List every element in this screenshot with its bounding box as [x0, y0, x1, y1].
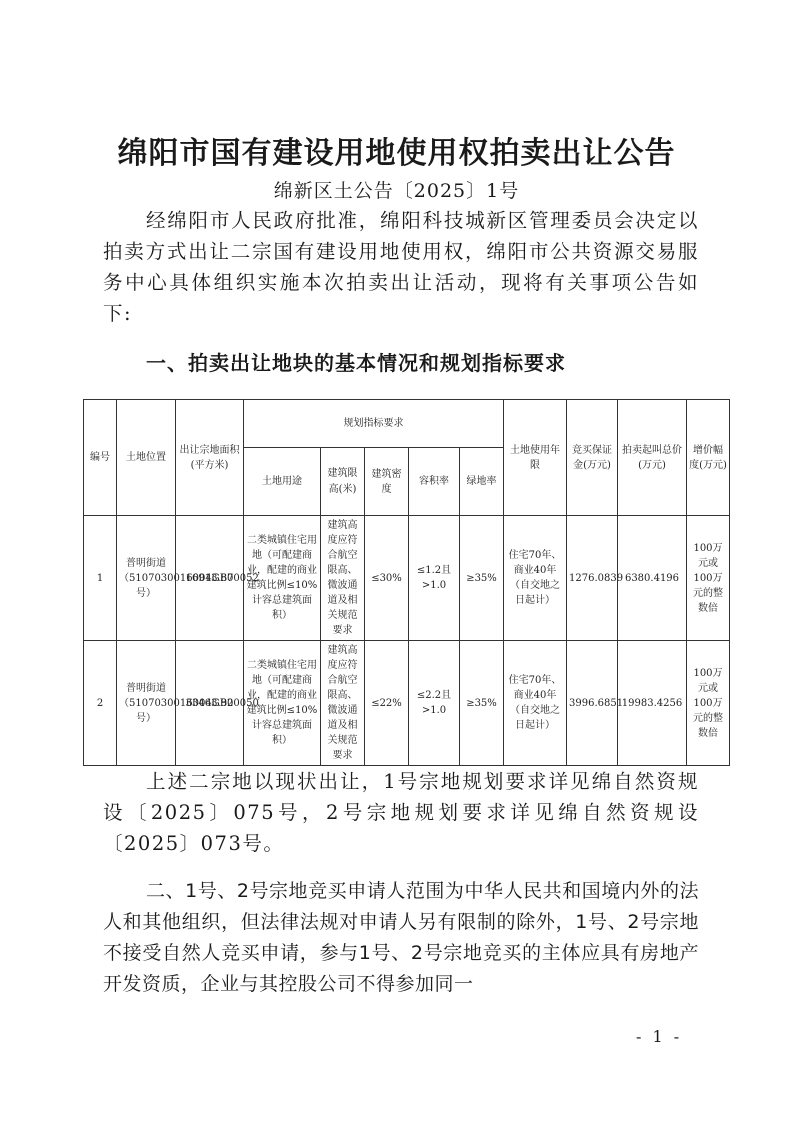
intro-paragraph: 经绵阳市人民政府批准，绵阳科技城新区管理委员会决定以拍卖方式出让二宗国有建设用地… [103, 205, 699, 329]
document-title: 绵阳市国有建设用地使用权拍卖出让公告 [0, 128, 793, 172]
cell-start-price: 19983.4256 [618, 641, 687, 766]
cell-green-rate: ≥35% [460, 641, 504, 766]
document-number: 绵新区土公告〔2025〕1号 [0, 176, 793, 203]
cell-term: 住宅70年、商业40年（自交地之日起计） [504, 641, 567, 766]
cell-term: 住宅70年、商业40年（自交地之日起计） [504, 516, 567, 641]
header-deposit: 竞买保证金(万元) [567, 400, 618, 516]
cell-height-limit: 建筑高度应符合航空限高、微波通道及相关规范要求 [321, 516, 365, 641]
header-green-rate: 绿地率 [460, 448, 504, 516]
header-start-price: 拍卖起叫总价(万元) [618, 400, 687, 516]
cell-increment: 100万元或100万元的整数倍 [687, 516, 730, 641]
section-2-paragraph: 二、1号、2号宗地竞买申请人范围为中华人民共和国境内外的法人和其他组织，但法律法… [103, 876, 699, 1000]
table-row: 1 普明街道（5107030016004GB00052号） 16913.87 二… [84, 516, 730, 641]
page-number: - 1 - [636, 1027, 682, 1046]
cell-location: 普明街道（5107030016004GB00052号） [117, 516, 176, 641]
header-term: 土地使用年限 [504, 400, 567, 516]
cell-number: 2 [84, 641, 117, 766]
cell-density: ≤22% [365, 641, 409, 766]
table-row: 2 普明街道（5107030016004GB00050号） 33463.92 二… [84, 641, 730, 766]
header-number: 编号 [84, 400, 117, 516]
cell-area: 16913.87 [176, 516, 244, 641]
land-parcel-table: 编号 土地位置 出让宗地面积(平方米) 规划指标要求 土地使用年限 竞买保证金(… [83, 399, 730, 766]
header-height-limit: 建筑限高(米) [321, 448, 365, 516]
header-land-use: 土地用途 [244, 448, 321, 516]
cell-area: 33463.92 [176, 641, 244, 766]
after-table-paragraph: 上述二宗地以现状出让，1号宗地规划要求详见绵自然资规设〔2025〕075号，2号… [103, 766, 699, 859]
cell-far: ≤1.2且>1.0 [409, 516, 460, 641]
cell-deposit: 3996.6851 [567, 641, 618, 766]
cell-increment: 100万元或100万元的整数倍 [687, 641, 730, 766]
header-far: 容积率 [409, 448, 460, 516]
cell-green-rate: ≥35% [460, 516, 504, 641]
cell-density: ≤30% [365, 516, 409, 641]
cell-number: 1 [84, 516, 117, 641]
cell-start-price: 6380.4196 [618, 516, 687, 641]
cell-deposit: 1276.0839 [567, 516, 618, 641]
cell-far: ≤2.2且>1.0 [409, 641, 460, 766]
header-increment: 增价幅度(万元) [687, 400, 730, 516]
cell-height-limit: 建筑高度应符合航空限高、微波通道及相关规范要求 [321, 641, 365, 766]
header-planning-group: 规划指标要求 [244, 400, 504, 448]
header-location: 土地位置 [117, 400, 176, 516]
section-1-heading: 一、拍卖出让地块的基本情况和规划指标要求 [146, 347, 566, 376]
cell-land-use: 二类城镇住宅用地（可配建商业，配建的商业建筑比例≤10%计容总建筑面积） [244, 516, 321, 641]
header-area: 出让宗地面积(平方米) [176, 400, 244, 516]
header-density: 建筑密度 [365, 448, 409, 516]
cell-location: 普明街道（5107030016004GB00050号） [117, 641, 176, 766]
cell-land-use: 二类城镇住宅用地（可配建商业，配建的商业建筑比例≤10%计容总建筑面积） [244, 641, 321, 766]
